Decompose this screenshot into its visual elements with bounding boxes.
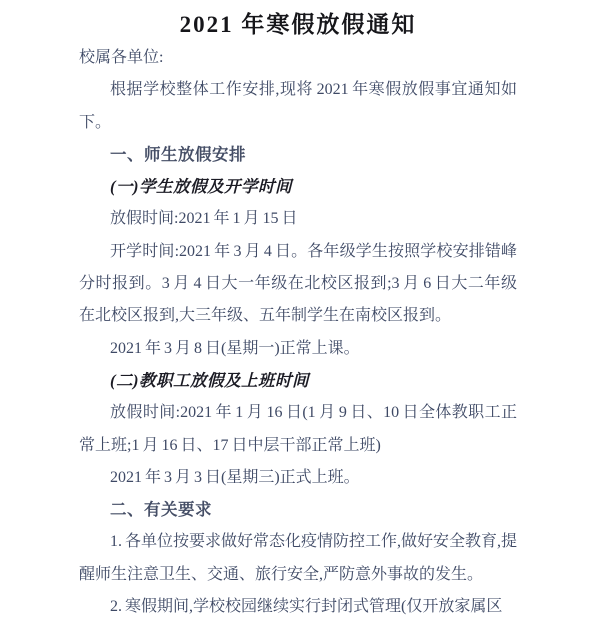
section-1-2-heading: (二)教职工放假及上班时间 — [79, 365, 517, 397]
staff-return-line: 2021 年 3 月 3 日(星期三)正式上班。 — [79, 462, 517, 494]
document-page: 2021 年寒假放假通知 校属各单位: 根据学校整体工作安排,现将 2021 年… — [0, 0, 595, 617]
requirement-2-paragraph: 2. 寒假期间,学校校园继续实行封闭式管理(仅开放家属区 — [79, 591, 517, 617]
student-return-paragraph: 开学时间:2021 年 3 月 4 日。各年级学生按照学校安排错峰分时报到。3 … — [79, 236, 517, 333]
section-1-heading: 一、师生放假安排 — [79, 139, 517, 171]
notice-title: 2021 年寒假放假通知 — [79, 10, 517, 40]
intro-paragraph: 根据学校整体工作安排,现将 2021 年寒假放假事宜通知如下。 — [79, 74, 517, 139]
class-resume-line: 2021 年 3 月 8 日(星期一)正常上课。 — [79, 333, 517, 365]
section-1-1-heading: (一)学生放假及开学时间 — [79, 171, 517, 203]
requirement-1-paragraph: 1. 各单位按要求做好常态化疫情防控工作,做好安全教育,提醒师生注意卫生、交通、… — [79, 526, 517, 591]
student-holiday-start-line: 放假时间:2021 年 1 月 15 日 — [79, 203, 517, 235]
staff-holiday-paragraph: 放假时间:2021 年 1 月 16 日(1 月 9 日、10 日全体教职工正常… — [79, 397, 517, 462]
salutation-line: 校属各单位: — [79, 42, 517, 74]
section-2-heading: 二、有关要求 — [79, 494, 517, 526]
